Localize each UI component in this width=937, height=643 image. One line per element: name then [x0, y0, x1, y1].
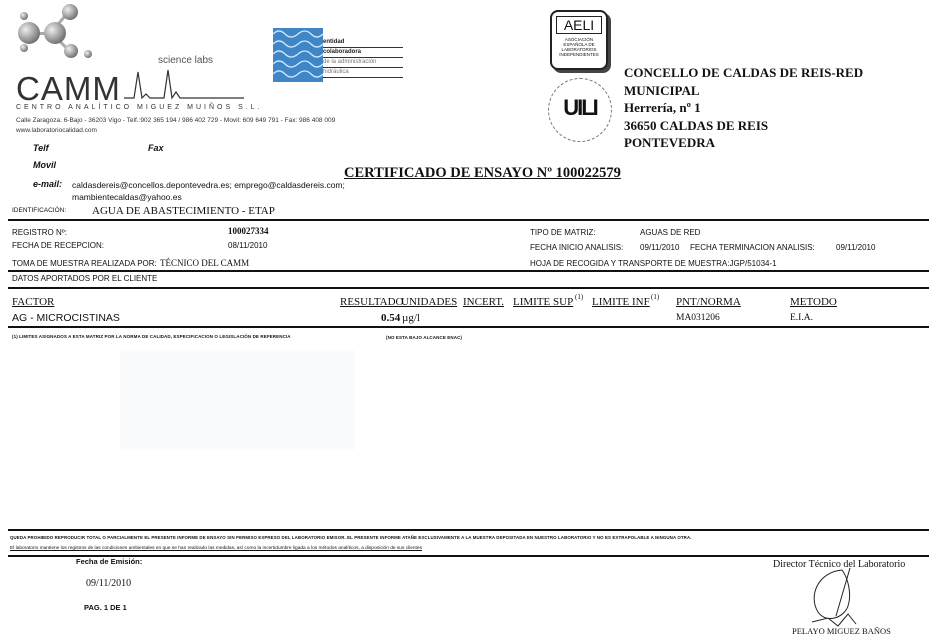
director-name: PELAYO MIGUEZ BAÑOS: [792, 626, 891, 636]
row-metodo: E.I.A.: [790, 313, 813, 323]
row-pnt: MA031206: [676, 313, 720, 323]
row-factor: AG - MICROCISTINAS: [12, 312, 120, 324]
client-province: PONTEVEDRA: [624, 134, 863, 152]
limite-inf-note: (1): [651, 293, 659, 301]
identificacion-label: IDENTIFICACIÓN:: [12, 207, 66, 214]
ulli-logo-text: UILI: [549, 95, 611, 121]
fax-label: Fax: [148, 143, 164, 153]
identificacion-value: AGUA DE ABASTECIMIENTO - ETAP: [92, 205, 275, 217]
water-badge-line: de la administración: [323, 58, 403, 68]
row-resultado: 0.54: [381, 312, 400, 324]
aeli-subtitle: ASOCIACIÓN ESPAÑOLA DE LABORATORIOS INDE…: [552, 37, 606, 57]
lab-logo-text: CAMM: [16, 70, 121, 108]
water-badge-line: colaboradora: [323, 48, 403, 58]
aeli-badge: AELI ASOCIACIÓN ESPAÑOLA DE LABORATORIOS…: [550, 10, 608, 70]
col-pnt: PNT/NORMA: [676, 296, 741, 308]
lab-full-name: CENTRO ANALÍTICO MIGUEZ MUIÑOS S.L.: [16, 104, 263, 111]
terminacion-value: 09/11/2010: [836, 243, 875, 252]
page-number: PAG. 1 DE 1: [84, 603, 127, 612]
signature: [798, 566, 878, 630]
registro-value: 100027334: [228, 226, 269, 236]
limite-sup-note: (1): [575, 293, 583, 301]
recepcion-value: 08/11/2010: [228, 241, 267, 250]
recepcion-label: FECHA DE RECEPCION:: [12, 241, 104, 250]
client-street: Herrería, nº 1: [624, 99, 863, 117]
tipo-matriz-label: TIPO DE MATRIZ:: [530, 228, 596, 237]
email-label: e-mail:: [33, 179, 62, 189]
lab-address: Calle Zaragoza. 6-Bajo - 36203 Vigo - Te…: [16, 117, 335, 124]
hoja-label: HOJA DE RECOGIDA Y TRANSPORTE DE MUESTRA…: [530, 259, 777, 268]
client-name-line2: MUNICIPAL: [624, 82, 863, 100]
footnote-enac: (NO ESTA BAJO ALCANCE ENAC): [386, 335, 462, 340]
inicio-label: FECHA INICIO ANALISIS:: [530, 243, 623, 252]
hoja-label-text: HOJA DE RECOGIDA Y TRANSPORTE DE MUESTRA…: [530, 259, 729, 268]
toma-label: TOMA DE MUESTRA REALIZADA POR:: [12, 259, 157, 268]
emision-label: Fecha de Emisión:: [76, 557, 142, 566]
lab-website: www.laboratoriocalidad.com: [16, 127, 97, 134]
datos-cliente-label: DATOS APORTADOS POR EL CLIENTE: [12, 274, 157, 283]
email-value-1: caldasdereis@concellos.depontevedra.es; …: [72, 180, 345, 190]
emision-value: 09/11/2010: [86, 578, 131, 589]
movil-label: Movil: [33, 160, 56, 170]
col-metodo: METODO: [790, 296, 837, 308]
col-unidades: UNIDADES: [401, 296, 457, 308]
inicio-value: 09/11/2010: [640, 243, 679, 252]
client-address: CONCELLO DE CALDAS DE REIS-RED MUNICIPAL…: [624, 64, 863, 152]
footnote-limits: (1) LIMITES ASIGNADOS A ESTA MATRIZ POR …: [12, 334, 291, 339]
water-badge-line: hidráulica: [323, 68, 403, 78]
chromatogram-icon: [124, 68, 246, 102]
client-name-line1: CONCELLO DE CALDAS DE REIS-RED: [624, 64, 863, 82]
col-limite-sup: LIMITE SUP: [513, 296, 573, 308]
row-unidades: µg/l: [402, 312, 420, 324]
col-incert: INCERT.: [463, 296, 504, 308]
telf-label: Telf: [33, 143, 49, 153]
col-limite-inf: LIMITE INF: [592, 296, 650, 308]
water-badge-line: entidad: [323, 38, 403, 48]
blank-stamp-area: [120, 350, 355, 450]
terminacion-label: FECHA TERMINACION ANALISIS:: [690, 243, 815, 252]
certificate-title: CERTIFICADO DE ENSAYO Nº 100022579: [344, 165, 621, 182]
registro-label: REGISTRO Nº:: [12, 228, 67, 237]
tipo-matriz-value: AGUAS DE RED: [640, 228, 700, 237]
water-waves-icon: [273, 28, 323, 82]
lab-tagline: science labs: [158, 55, 213, 66]
col-factor: FACTOR: [12, 296, 54, 308]
legal-records: El laboratorio mantiene los registros de…: [10, 546, 422, 551]
client-city: 36650 CALDAS DE REIS: [624, 117, 863, 135]
legal-notice: QUEDA PROHIBIDO REPRODUCIR TOTAL O PARCI…: [10, 535, 692, 540]
aeli-title: AELI: [556, 16, 602, 34]
hoja-value: JGP/51034-1: [729, 259, 776, 268]
toma-value: TÉCNICO DEL CAMM: [160, 258, 249, 268]
col-resultado: RESULTADO: [340, 296, 404, 308]
ulli-badge: UILI: [548, 78, 612, 142]
email-value-2: mambientecaldas@yahoo.es: [72, 192, 182, 202]
